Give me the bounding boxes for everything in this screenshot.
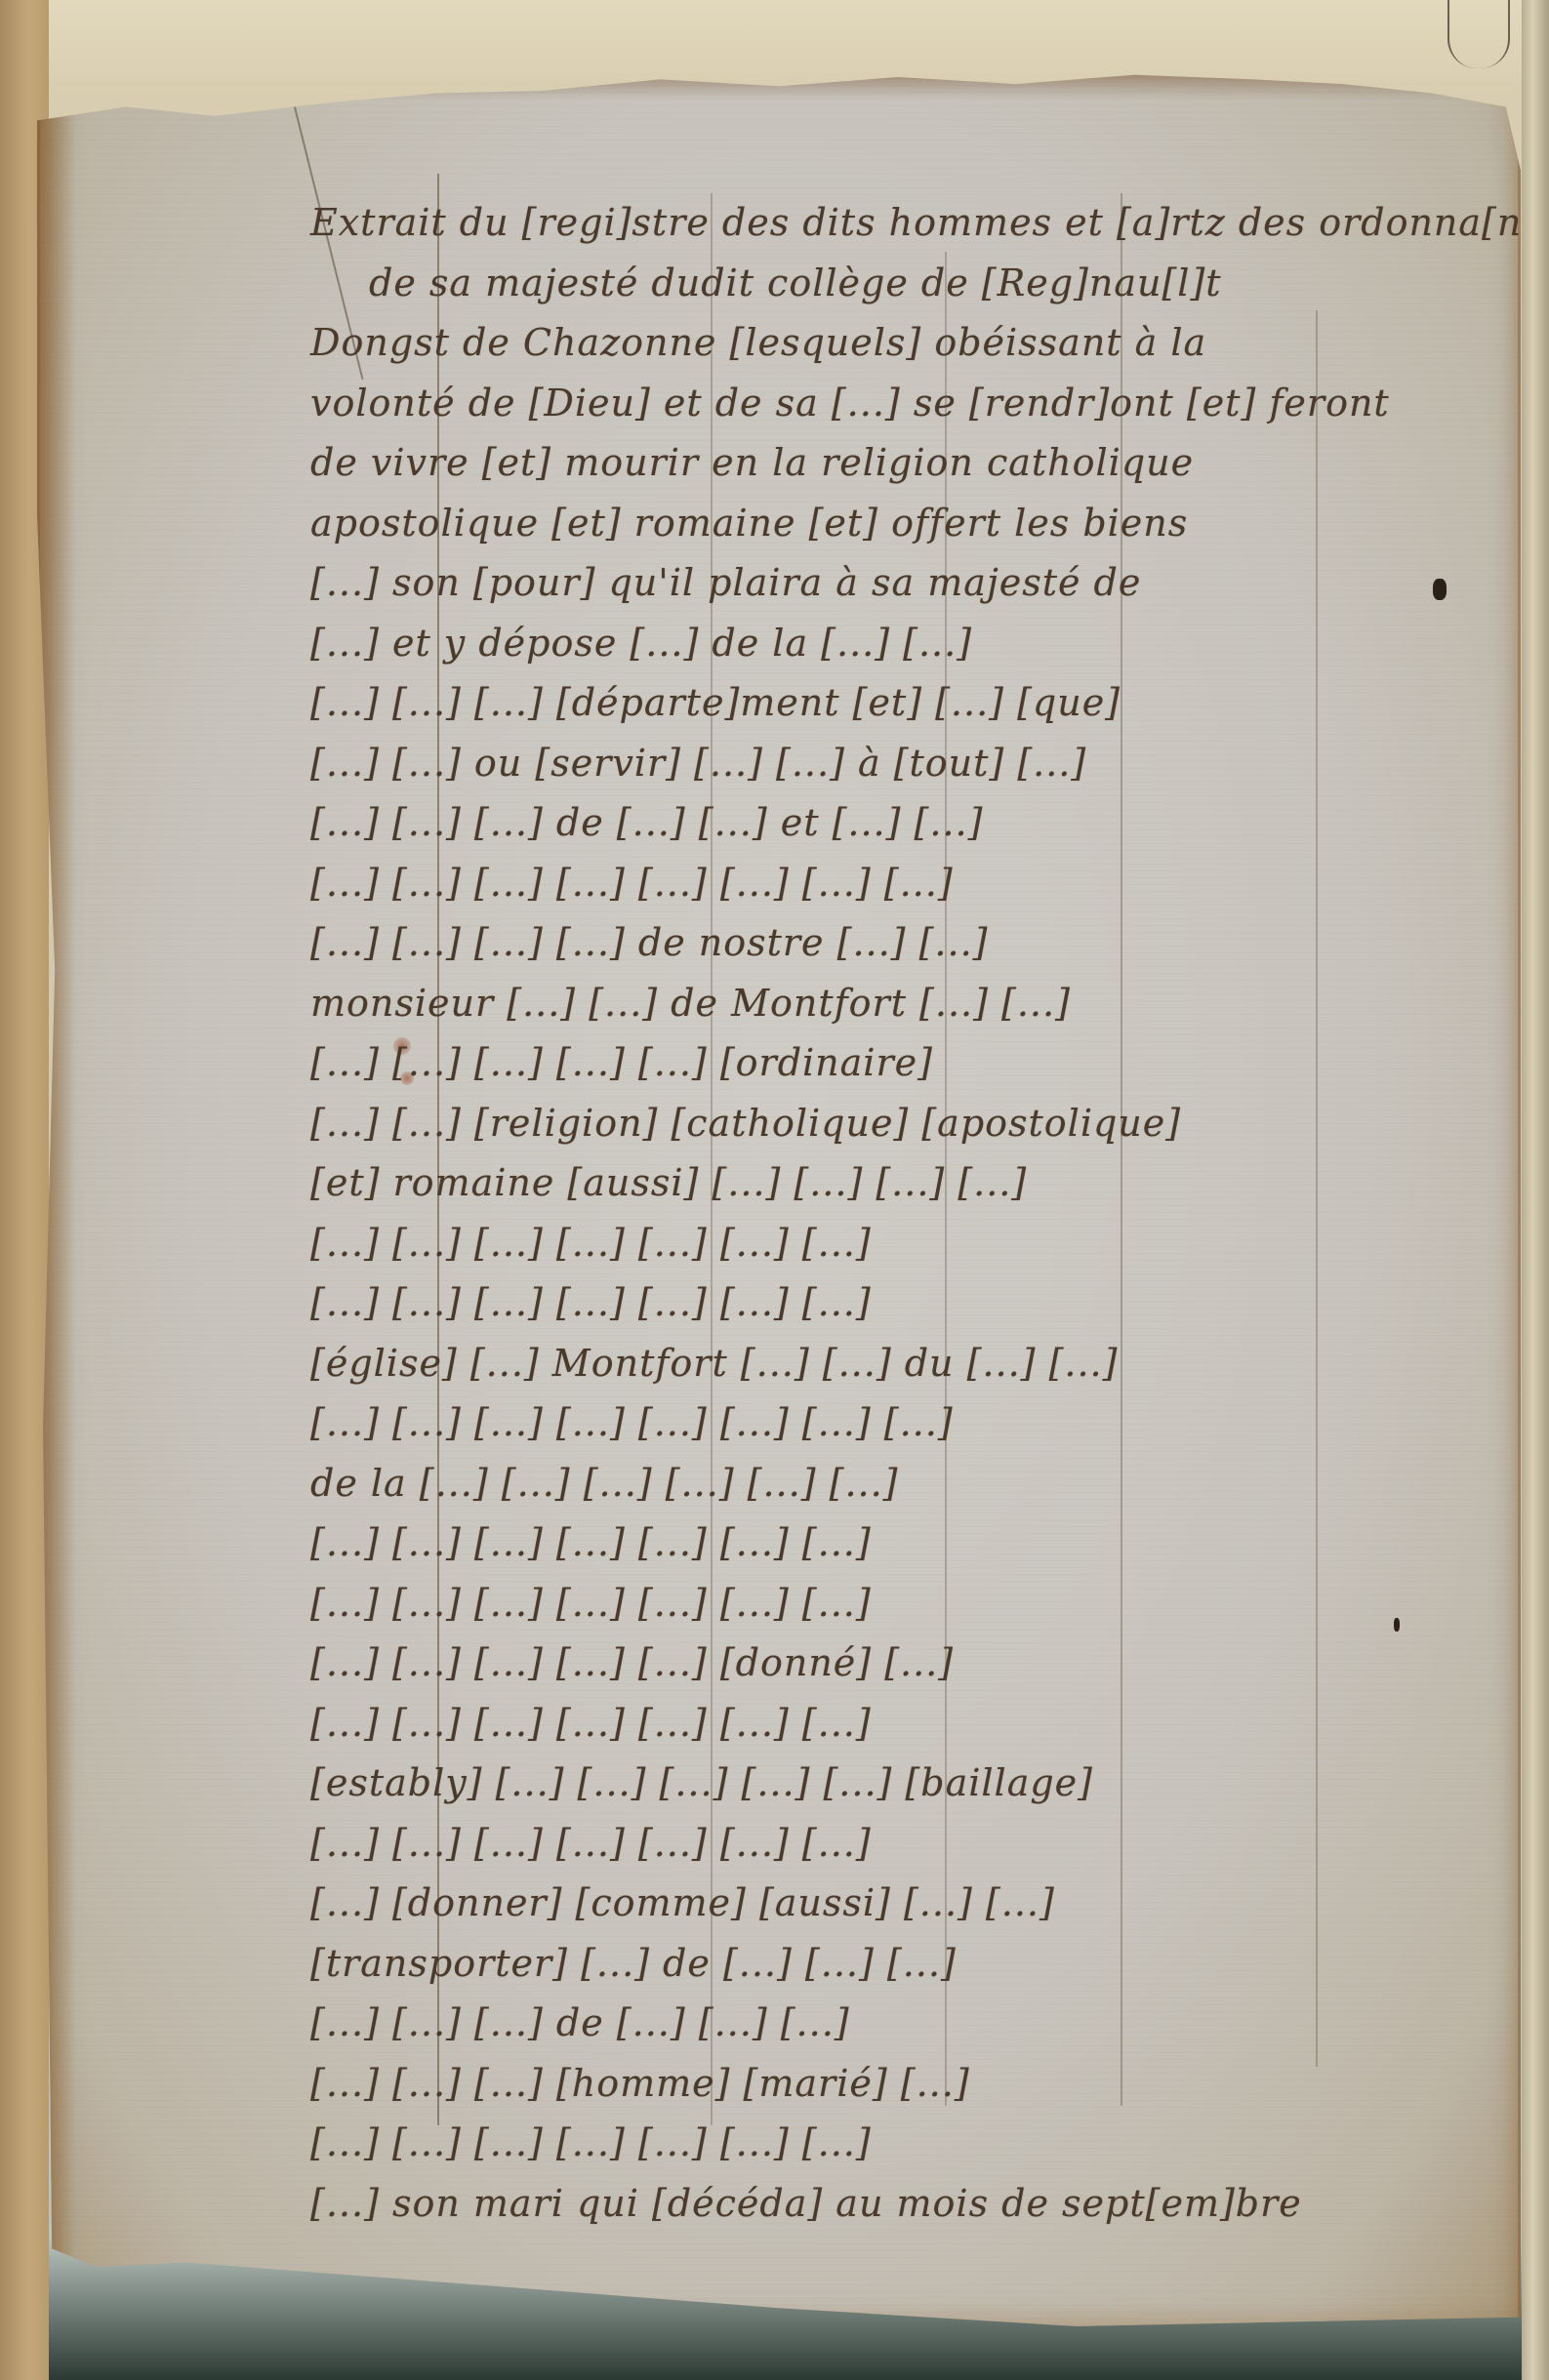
text-line: [...] [...] [...] [...] [...] [...] [...… bbox=[310, 1574, 1511, 1634]
text-line: [...] [...] [...] [...] [...] [...] [...… bbox=[310, 1273, 1511, 1334]
text-line: [...] [...] [...] [...] [...] [...] [...… bbox=[310, 1513, 1511, 1574]
text-line: [...] son mari qui [décéda] au mois de s… bbox=[310, 2174, 1511, 2235]
text-line: [...] [...] [...] [...] [...] [...] [...… bbox=[310, 1393, 1511, 1454]
text-line: volonté de [Dieu] et de sa [...] se [ren… bbox=[310, 374, 1511, 434]
text-line: [estably] [...] [...] [...] [...] [...] … bbox=[310, 1754, 1511, 1814]
text-line: [...] [...] ou [servir] [...] [...] à [t… bbox=[310, 734, 1511, 794]
text-line: Dongst de Chazonne [lesquels] obéissant … bbox=[310, 313, 1511, 374]
text-line: [...] [...] [...] [...] [...] [...] [...… bbox=[310, 2114, 1511, 2174]
text-line: [...] [...] [...] [...] [...] [donné] [.… bbox=[310, 1634, 1511, 1694]
text-line: de vivre [et] mourir en la religion cath… bbox=[310, 433, 1511, 494]
text-line: [...] son [pour] qu'il plaira à sa majes… bbox=[310, 553, 1511, 614]
text-line: [transporter] [...] de [...] [...] [...] bbox=[310, 1934, 1511, 1995]
text-line: [...] [...] [...] [homme] [marié] [...] bbox=[310, 2054, 1511, 2115]
text-line: [...] [...] [...] [départe]ment [et] [..… bbox=[310, 673, 1511, 734]
binding-right-edge bbox=[1522, 0, 1549, 2380]
text-line: [...] [...] [...] [...] de nostre [...] … bbox=[310, 913, 1511, 974]
text-line: [...] [...] [...] [...] [...] [...] [...… bbox=[310, 1694, 1511, 1755]
text-line: [...] [...] [...] de [...] [...] [...] bbox=[310, 1994, 1511, 2054]
text-line: [...] [...] [...] [...] [...] [...] [...… bbox=[310, 854, 1511, 914]
text-line: de sa majesté dudit collège de [Reg]nau[… bbox=[310, 254, 1511, 314]
text-line: apostolique [et] romaine [et] offert les… bbox=[310, 494, 1511, 554]
manuscript-text: Extrait du [regi]stre des dits hommes et… bbox=[310, 193, 1511, 2234]
text-line: [...] [...] [religion] [catholique] [apo… bbox=[310, 1094, 1511, 1154]
text-line: [église] [...] Montfort [...] [...] du [… bbox=[310, 1334, 1511, 1394]
text-line: Extrait du [regi]stre des dits hommes et… bbox=[310, 193, 1511, 254]
text-line: [...] [...] [...] [...] [...] [...] [...… bbox=[310, 1814, 1511, 1875]
text-line: [...] [...] [...] [...] [...] [ordinaire… bbox=[310, 1033, 1511, 1094]
text-line: [...] et y dépose [...] de la [...] [...… bbox=[310, 614, 1511, 674]
text-line: [...] [...] [...] [...] [...] [...] [...… bbox=[310, 1214, 1511, 1274]
text-line: de la [...] [...] [...] [...] [...] [...… bbox=[310, 1454, 1511, 1514]
text-line: monsieur [...] [...] de Montfort [...] [… bbox=[310, 974, 1511, 1034]
text-line: [et] romaine [aussi] [...] [...] [...] [… bbox=[310, 1153, 1511, 1214]
text-line: [...] [donner] [comme] [aussi] [...] [..… bbox=[310, 1874, 1511, 1934]
manuscript-leaf: Extrait du [regi]stre des dits hommes et… bbox=[37, 57, 1521, 2340]
binding-string bbox=[1447, 0, 1510, 68]
text-line: [...] [...] [...] de [...] [...] et [...… bbox=[310, 793, 1511, 854]
